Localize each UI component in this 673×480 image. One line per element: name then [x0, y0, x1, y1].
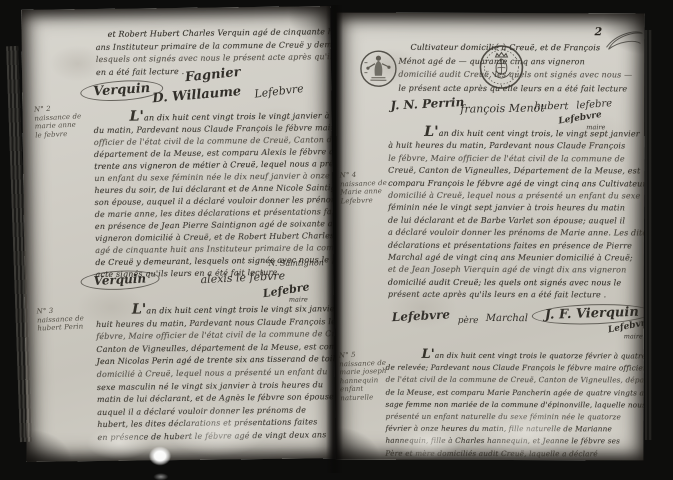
handwriting-line: présenté un enfant naturelle du sexe fém… — [386, 411, 645, 424]
handwriting-line: domicilié audit Creuë; les quels ont sig… — [388, 277, 645, 290]
handwriting-line: de relevée; Pardevant nous Claude Franço… — [386, 362, 645, 375]
signature-alexis-lefebvre: alexis le febvre — [200, 269, 285, 286]
margin-note-act-2: N° 2naissance demarie annele febvre — [34, 103, 82, 140]
act-2-birth-record-text: L'an dix huit cent vingt trois le vingt … — [93, 107, 335, 281]
signature-pere-label: père — [458, 316, 479, 326]
left-page: et Robert Hubert Charles Verquin agé de … — [21, 6, 335, 462]
handwriting-line: hubert Perin — [37, 323, 84, 334]
signature-maire-title-top: maire — [586, 123, 605, 131]
signature-maire-title-mid: maire — [624, 332, 643, 340]
signature-jn-perrin: J. N. Perrin — [390, 95, 465, 113]
handwriting-line: Lefebvre — [340, 196, 387, 206]
allegorical-figure-stamp-icon — [358, 49, 398, 89]
handwriting-line: Creuë, Canton de Vigneulles, Département… — [388, 165, 644, 178]
handwriting-line: de la Meuse, est comparu Marie Pancherin… — [386, 386, 645, 399]
handwriting-line: de l'état civil de la commune de Creuë, … — [386, 374, 645, 387]
handwriting-line: domicilié à Creuë, lequel nous a présent… — [388, 190, 644, 203]
handwriting-line: hannequin, fille à Charles hannequin, et… — [385, 435, 644, 448]
signature-saintignon: N. Saintignon — [268, 258, 324, 268]
handwriting-line: L'an dix huit cent vingt trois le quator… — [386, 349, 645, 363]
signature-lefebvre-pere: Lefebvre — [391, 307, 450, 324]
signature-lefebre: lefebre — [576, 98, 613, 111]
handwriting-line: L'an dix huit cent vingt trois, le vingt… — [388, 126, 644, 141]
signature-verquin-2: Verquin — [80, 269, 159, 292]
act-4-birth-record-text: L'an dix huit cent vingt trois, le vingt… — [388, 126, 645, 302]
handwriting-line: et de Jean Joseph Vierquin agé de vingt … — [388, 264, 645, 277]
book-binding-fold — [326, 5, 343, 473]
handwriting-line: à huit heures du matin, Pardevant nous C… — [388, 140, 644, 153]
signature-marchal: Marchal — [486, 313, 528, 324]
ink-flourish-icon — [602, 27, 644, 53]
handwriting-line: en présence de hubert le fébvre agé de v… — [97, 429, 335, 445]
margin-note-act-5: N° 5naissance demarie josephhannequinenf… — [339, 350, 388, 403]
handwriting-line: féminin née le vingt sept janvier à troi… — [388, 202, 645, 215]
signature-d-willaume: D. Willaume — [152, 84, 242, 106]
handwriting-line: comparu François le fébvre agé de vingt … — [388, 177, 644, 190]
handwriting-line: sage femme non mariée de la commune d'ép… — [386, 399, 645, 412]
handwriting-line: de lui déclarant et de Barbe Varlet son … — [388, 215, 645, 228]
handwriting-line: le fébvre, Maire officier de l'état civi… — [388, 153, 644, 166]
handwriting-line: Père et mère domiciliés audit Creuë, laq… — [385, 447, 644, 460]
handwriting-line: Marchal agé de vingt cinq ans Meunier do… — [388, 252, 645, 265]
signature-hubert: hubert — [534, 101, 568, 112]
signature-francois-menot: françois Menot — [460, 101, 545, 115]
crowned-coat-of-arms-stamp-icon — [478, 44, 524, 90]
handwriting-line: déclarations et présentations faites en … — [388, 239, 645, 252]
handwriting-line: présent acte après qu'ils leurs en a été… — [388, 289, 645, 302]
act-3-birth-record-text: L'an dix huit cent vingt trois le vingt … — [96, 301, 336, 445]
handwriting-line: a déclaré vouloir donner les prénoms de … — [388, 227, 645, 240]
act-5-birth-record-text: L'an dix huit cent vingt trois le quator… — [385, 349, 644, 461]
handwriting-line: naturelle — [340, 393, 387, 403]
right-page: 2 Cultivateur domicilié à Creuë, et — [335, 13, 644, 461]
signature-lefebvre: Lefebvre — [254, 82, 305, 101]
handwriting-line: le febvre — [35, 129, 82, 140]
margin-note-act-3: N° 3naissance dehubert Perin — [36, 305, 84, 333]
scan-light-reflection — [138, 440, 182, 480]
page-number: 2 — [595, 25, 603, 38]
handwriting-line: février à onze heures du matin, fille na… — [385, 423, 644, 436]
book-page-edges-right — [645, 30, 652, 440]
margin-note-act-4: N° 4naissance deMarie anneLefebvre — [340, 170, 388, 206]
scanned-register-spread: et Robert Hubert Charles Verquin agé de … — [0, 0, 673, 480]
signature-maire-title: maire — [289, 295, 308, 303]
